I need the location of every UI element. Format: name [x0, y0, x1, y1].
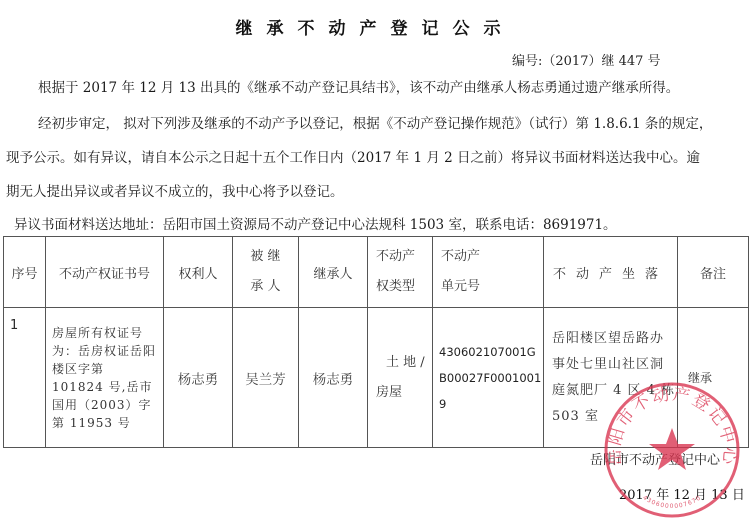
header-right-type-line1: 不动产: [368, 242, 432, 272]
cell-right-type-line2: 房屋: [376, 378, 432, 408]
cell-right-holder: 杨志勇: [164, 308, 233, 448]
header-right-type-line2: 权类型: [368, 272, 432, 302]
cell-unit-no: 430602107001GB00027F00010019: [433, 308, 544, 448]
header-location: 不动产坐落: [544, 237, 678, 308]
table-header-row: 序号 不动产权证书号 权利人 被 继 承 人 继承人 不动产 权类型 不动产 单…: [4, 237, 749, 308]
header-remarks: 备注: [678, 237, 749, 308]
header-unit-no-line2: 单元号: [433, 272, 543, 302]
cell-right-type: 土 地 / 房屋: [368, 308, 433, 448]
document-title: 继承不动产登记公示: [0, 14, 750, 39]
table-row: 1 房屋所有权证号为：岳房权证岳阳楼区字第 101824 号,岳市国用（2003…: [4, 308, 749, 448]
header-decedent-line2: 承 人: [233, 272, 298, 302]
cell-right-type-line1: 土 地 /: [376, 348, 432, 378]
paragraph-objection: 现予公示。如有异议，请自本公示之日起十五个工作日内（2017 年 1 月 2 日…: [6, 146, 700, 166]
header-heir: 继承人: [299, 237, 368, 308]
registration-table: 序号 不动产权证书号 权利人 被 继 承 人 继承人 不动产 权类型 不动产 单…: [3, 236, 749, 448]
cell-heir: 杨志勇: [299, 308, 368, 448]
paragraph-address: 异议书面材料送达地址：岳阳市国土资源局不动产登记中心法规科 1503 室，联系电…: [14, 213, 617, 233]
header-unit-no: 不动产 单元号: [433, 237, 544, 308]
cell-seq: 1: [4, 308, 46, 448]
paragraph-no-objection: 期无人提出异议或者异议不成立的，我中心将予以登记。: [6, 180, 344, 200]
cell-decedent: 吴兰芳: [233, 308, 299, 448]
header-cert-no: 不动产权证书号: [46, 237, 164, 308]
header-right-holder: 权利人: [164, 237, 233, 308]
header-unit-no-line1: 不动产: [433, 242, 543, 272]
issue-date: 2017 年 12 月 13 日: [619, 484, 745, 503]
paragraph-review: 经初步审定， 拟对下列涉及继承的不动产予以登记，根据《不动产登记操作规范》（试行…: [38, 112, 712, 132]
document-number: 编号:（2017）继 447 号: [512, 50, 661, 69]
cell-cert-no: 房屋所有权证号为：岳房权证岳阳楼区字第 101824 号,岳市国用（2003）字…: [46, 308, 164, 448]
header-seq: 序号: [4, 237, 46, 308]
cell-remarks: 继承: [678, 308, 749, 448]
cell-location: 岳阳楼区望岳路办事处七里山社区洞庭氮肥厂 4 区 4 栋 503 室: [544, 308, 678, 448]
header-right-type: 不动产 权类型: [368, 237, 433, 308]
header-decedent: 被 继 承 人: [233, 237, 299, 308]
issuer-name: 岳阳市不动产登记中心: [590, 449, 720, 468]
header-decedent-line1: 被 继: [233, 242, 298, 272]
paragraph-basis: 根据于 2017 年 12 月 13 出具的《继承不动产登记具结书》，该不动产由…: [38, 76, 679, 96]
